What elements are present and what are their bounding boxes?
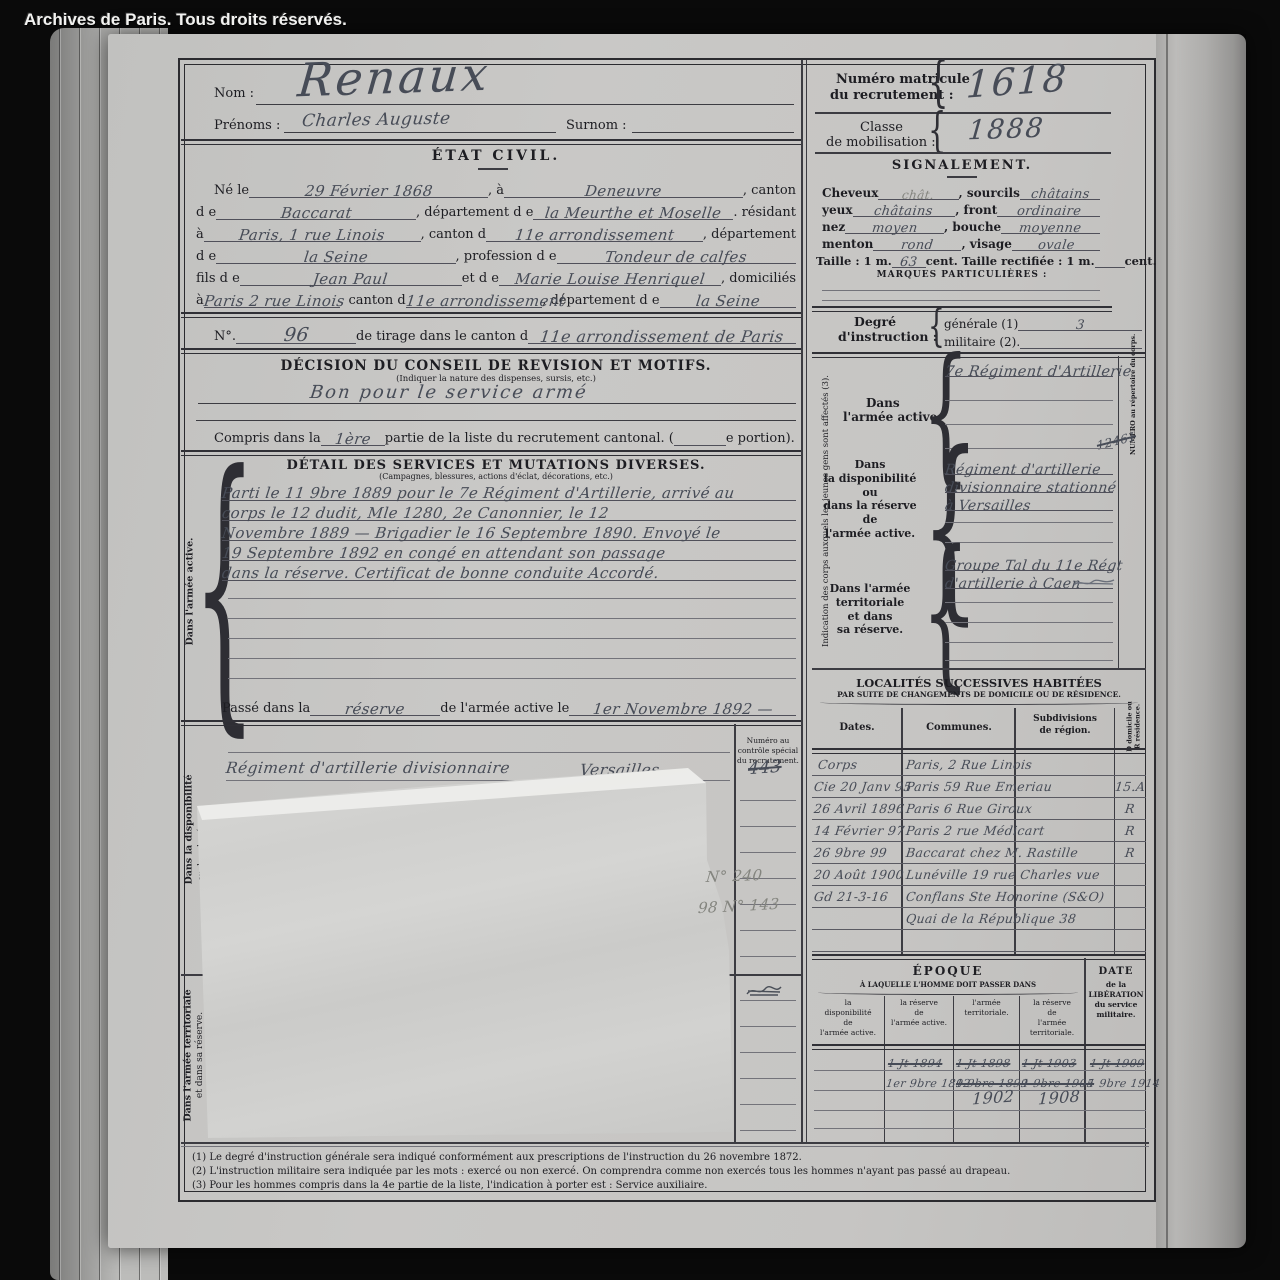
loc-commune	[902, 930, 1114, 952]
blank-line	[740, 1078, 796, 1079]
loc-commune: Paris 2 rue Médicart	[902, 820, 1114, 842]
epoque-v4-struck: 1 Jt 1903	[1022, 1052, 1076, 1071]
localites-col-communes: Communes.	[903, 722, 1015, 733]
section-rule	[181, 348, 801, 354]
matricule-value: 1618	[965, 56, 1070, 106]
blank-line	[228, 678, 796, 679]
marques-label: MARQUES PARTICULIÈRES :	[812, 270, 1112, 280]
loc-dr: 15.A	[1114, 776, 1146, 798]
loc-commune: Baccarat chez M. Rastille	[902, 842, 1114, 864]
prenoms-value: Charles Auguste	[302, 109, 451, 132]
blank-line	[740, 1000, 796, 1001]
page-gutter	[1156, 34, 1246, 1248]
blank-line	[822, 290, 1100, 291]
rule	[284, 132, 556, 133]
ec-line-5: fils d eJean Paulet d eMarie Louise Henr…	[196, 264, 796, 286]
classe-label-2: de mobilisation :	[826, 135, 936, 150]
loc-dr	[1114, 864, 1146, 886]
loc-commune: Paris 59 Rue Emeriau	[902, 776, 1114, 798]
rule	[478, 168, 508, 170]
sig-line-1: Cheveuxchât., sourcilschâtains	[822, 183, 1100, 200]
rule	[196, 420, 796, 421]
epoque-col-2: la réserve de l'armée active.	[885, 998, 953, 1028]
loc-dr	[1114, 886, 1146, 908]
nom-label: Nom :	[214, 86, 254, 101]
rule	[734, 724, 736, 974]
matricule-label-1: Numéro matricule	[836, 72, 970, 87]
section-rule	[812, 1044, 1146, 1050]
pencil-scribble	[744, 982, 784, 1000]
loc-date: Cie 20 Janv 95	[812, 776, 902, 798]
footnote-3: (3) Pour les hommes compris dans la 4e p…	[192, 1180, 1142, 1191]
loc-date: Gd 21-3-16	[812, 886, 902, 908]
loc-date: Corps	[812, 754, 902, 776]
loc-commune: Paris 6 Rue Giroux	[902, 798, 1114, 820]
blank-line	[740, 1026, 796, 1027]
corps-dispo-line: divisionnaire stationné	[945, 474, 1113, 493]
decorative-curve	[818, 990, 1078, 995]
services-title: DÉTAIL DES SERVICES ET MUTATIONS DIVERSE…	[196, 458, 796, 473]
epoque-v4: 1908	[1037, 1087, 1081, 1109]
loc-date: 20 Août 1900	[812, 864, 902, 886]
folded-paper-corner	[190, 760, 740, 1145]
localites-table-body: CorpsParis, 2 Rue Linois Cie 20 Janv 95P…	[812, 754, 1146, 952]
localites-subtitle: PAR SUITE DE CHANGEMENTS DE DOMICILE OU …	[812, 690, 1146, 699]
blank-line	[740, 852, 796, 853]
epoque-v5-struck: 1 Jt 1909	[1090, 1052, 1144, 1071]
blank-line	[945, 660, 1113, 661]
ec-line-3: àParis, 1 rue Linois, canton d11e arrond…	[196, 220, 796, 242]
section-rule	[181, 312, 801, 318]
rule	[806, 60, 807, 1142]
decision-value: Bon pour le service armé	[310, 382, 588, 403]
brace-glyph: {	[928, 112, 946, 148]
epoque-v3-struck: 1 Jt 1898	[956, 1052, 1010, 1071]
loc-dr	[1114, 908, 1146, 930]
blank-line	[945, 400, 1113, 401]
pencil-note-1: N° 240	[706, 865, 763, 886]
services-side-label: Dans l'armée active.	[185, 527, 196, 657]
loc-date	[812, 908, 902, 930]
blank-line	[228, 752, 730, 753]
loc-commune: Conflans Ste Honorine (S&O)	[902, 886, 1114, 908]
rule	[812, 668, 1146, 670]
degre-label-1: Degré	[854, 314, 896, 329]
blank-line	[814, 1128, 1146, 1129]
footnote-1: (1) Le degré d'instruction générale sera…	[192, 1152, 1142, 1163]
decision-title: DÉCISION DU CONSEIL DE REVISION ET MOTIF…	[196, 358, 796, 374]
loc-commune: Paris, 2 Rue Linois	[902, 754, 1114, 776]
epoque-col-4: la réserve de l'armée territoriale.	[1020, 998, 1084, 1039]
passe-line: Passé dans laréservede l'armée active le…	[222, 692, 796, 716]
rule	[815, 112, 1111, 114]
corps-dispo-line: Régiment d'artillerie	[945, 456, 1113, 475]
loc-dr: R	[1114, 842, 1146, 864]
rule	[815, 152, 1111, 154]
ec-line-1: Né le29 Février 1868, àDeneuvre, canton	[214, 176, 796, 198]
blank-line	[814, 1110, 1146, 1111]
loc-date: 26 Avril 1896	[812, 798, 902, 820]
services-line: dans la réserve. Certificat de bonne con…	[222, 560, 796, 581]
loc-commune: Quai de la République 38	[902, 908, 1114, 930]
rule	[181, 1146, 1149, 1147]
section-rule	[812, 306, 1112, 312]
rule	[947, 176, 977, 178]
blank-line	[822, 300, 1100, 301]
rule	[734, 976, 736, 1142]
epoque-date-title: DATE	[1086, 966, 1146, 977]
tirage-line: N°.96de tirage dans le canton d11e arron…	[214, 320, 796, 344]
blank-line	[228, 598, 796, 599]
etat-civil-title: ÉTAT CIVIL.	[196, 148, 796, 164]
signalement-title: SIGNALEMENT.	[812, 158, 1112, 173]
services-line: corps le 12 dudit, Mle 1280, 2e Canonnie…	[222, 500, 796, 521]
localites-col-dr: D domicile ou R résidence.	[1126, 698, 1143, 754]
epoque-col-1: la disponibilité de l'armée active.	[812, 998, 884, 1039]
gutter-crease	[1166, 34, 1168, 1248]
terr-side-label-2: et dans sa réserve.	[195, 995, 205, 1115]
surnom-label: Surnom :	[566, 118, 627, 133]
loc-dr: R	[1114, 820, 1146, 842]
loc-dr	[1114, 754, 1146, 776]
localites-col-dates: Dates.	[812, 722, 902, 733]
rule	[181, 1142, 1149, 1144]
blank-line	[945, 602, 1113, 603]
section-rule	[812, 954, 1146, 960]
loc-commune: Lunéville 19 rue Charles vue	[902, 864, 1114, 886]
blank-line	[945, 622, 1113, 623]
decorative-curve	[820, 700, 1138, 705]
corps-terr-line: Groupe Tal du 11e Régt	[945, 552, 1113, 571]
corps-terr-label: Dans l'armée territoriale et dans sa rés…	[820, 582, 920, 637]
localites-title: LOCALITÉS SUCCESSIVES HABITÉES	[812, 676, 1146, 690]
sig-line-3: nezmoyen, bouchemoyenne	[822, 217, 1100, 234]
sig-line-2: yeuxchâtains, frontordinaire	[822, 200, 1100, 217]
dispo-entry: Régiment d'artillerie divisionnaire	[226, 758, 510, 777]
compris-line: Compris dans la1èrepartie de la liste du…	[214, 424, 796, 446]
loc-dr: R	[1114, 798, 1146, 820]
blank-line	[740, 800, 796, 801]
corps-active-label-1: Dans	[866, 396, 900, 410]
prenoms-label: Prénoms :	[214, 118, 280, 133]
dispo-side-label: Dans la disponibilité	[184, 760, 195, 900]
section-rule	[181, 450, 801, 456]
rule	[632, 132, 794, 133]
localites-col-subdiv: Subdivisions de région.	[1016, 714, 1114, 737]
degre-generale: générale (1)3	[944, 314, 1142, 331]
blank-line	[740, 826, 796, 827]
taille-line: Taille : 1 m.63cent. Taille rectifiée : …	[816, 251, 1106, 268]
classe-label-1: Classe	[860, 120, 903, 135]
rule	[198, 403, 796, 404]
rule	[801, 60, 803, 1142]
services-line: 19 Septembre 1892 en congé en attendant …	[222, 540, 796, 561]
loc-dr	[1114, 930, 1146, 952]
corps-dispo-label: Dans la disponibilité ou dans la réserve…	[820, 458, 920, 541]
loc-date: 14 Février 97	[812, 820, 902, 842]
epoque-subtitle: À LAQUELLE L'HOMME DOIT PASSER DANS	[812, 980, 1084, 989]
brace-glyph: {	[928, 62, 949, 103]
sig-line-4: mentonrond, visageovale	[822, 234, 1100, 251]
blank-line	[945, 522, 1113, 523]
degre-militaire: militaire (2).	[944, 332, 1142, 349]
blank-line	[740, 1052, 796, 1053]
terr-side-label: Dans l'armée territoriale	[183, 981, 194, 1131]
blank-line	[945, 642, 1113, 643]
blank-line	[228, 658, 796, 659]
epoque-title: ÉPOQUE	[812, 964, 1084, 978]
numero-controle-struck: 443	[747, 757, 782, 779]
footnote-2: (2) L'instruction militaire sera indiqué…	[192, 1166, 1142, 1177]
blank-line	[228, 638, 796, 639]
section-rule	[181, 139, 801, 145]
ec-line-4: d ela Seine, profession d eTondeur de ca…	[196, 242, 796, 264]
corps-dispo-line: à Versailles	[945, 492, 1113, 511]
corps-active-value: 7e Régiment d'Artillerie	[945, 358, 1113, 377]
epoque-date-subtitle: de la LIBÉRATION du service militaire.	[1086, 980, 1146, 1021]
blank-line	[740, 930, 796, 931]
blank-line	[740, 1104, 796, 1105]
scanned-register-page: Archives de Paris. Tous droits réservés.…	[0, 0, 1280, 1280]
classe-value: 1888	[967, 113, 1045, 147]
pencil-scribble	[1072, 576, 1116, 590]
services-line: Parti le 11 9bre 1889 pour le 7e Régimen…	[222, 480, 796, 501]
epoque-col-3: l'armée territoriale.	[954, 998, 1019, 1018]
loc-date	[812, 930, 902, 952]
rule	[1118, 356, 1119, 668]
nom-value: Renaux	[297, 47, 491, 108]
blank-line	[740, 1130, 796, 1131]
ec-line-2: d eBaccarat, département d ela Meurthe e…	[196, 198, 796, 220]
blank-line	[228, 618, 796, 619]
section-rule	[181, 720, 801, 726]
blank-line	[945, 542, 1113, 543]
ec-line-6: àParis 2 rue Linois, canton d11e arrondi…	[196, 286, 796, 308]
loc-date: 26 9bre 99	[812, 842, 902, 864]
epoque-v2-struck: 1 Jt 1894	[888, 1052, 942, 1071]
watermark: Archives de Paris. Tous droits réservés.	[24, 10, 347, 30]
blank-line	[740, 956, 796, 957]
services-line: Novembre 1889 — Brigadier le 16 Septembr…	[222, 520, 796, 541]
epoque-v5: 1 9bre 1914	[1088, 1072, 1160, 1091]
epoque-v3: 1902	[971, 1087, 1015, 1109]
